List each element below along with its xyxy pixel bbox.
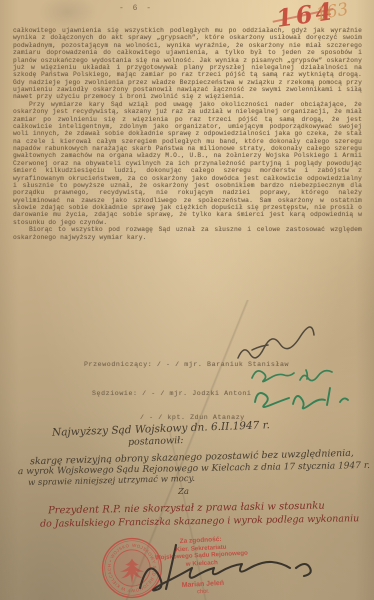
chairman-ink-signature xyxy=(238,327,314,358)
signatures-overlay xyxy=(0,0,374,600)
green-ink-signature-1 xyxy=(252,370,332,382)
scanned-document-page: - 6 - 164 163 całkowitego ujawnienia się… xyxy=(0,0,374,600)
green-ink-signature-2 xyxy=(255,388,348,408)
clerk-ink-signature xyxy=(140,545,311,590)
